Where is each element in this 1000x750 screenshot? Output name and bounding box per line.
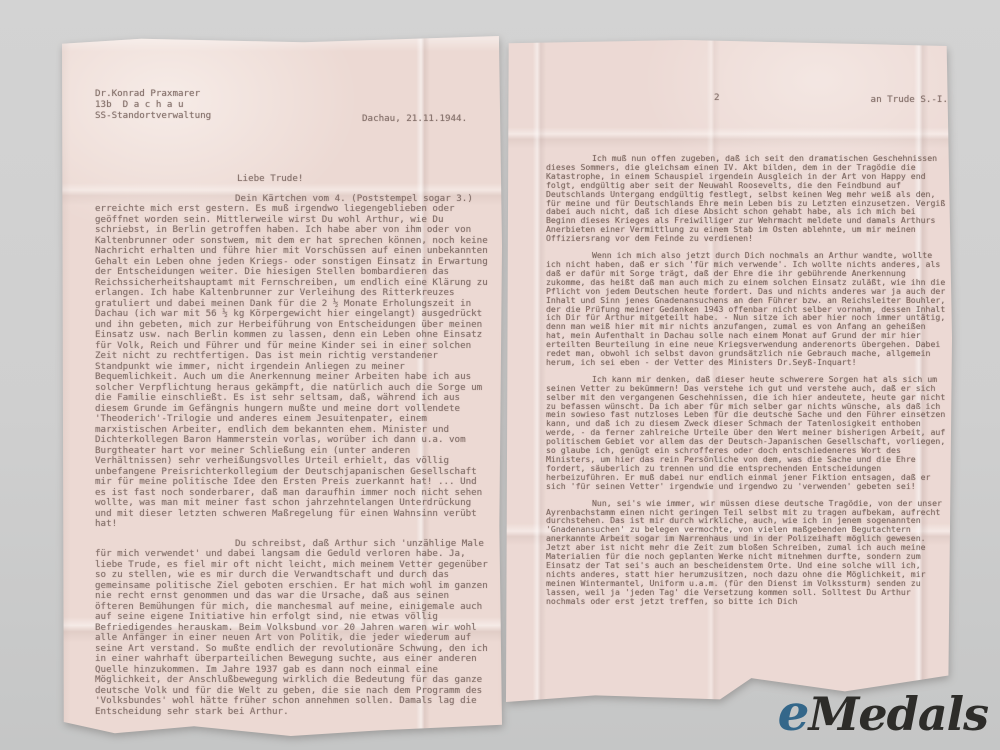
emedals-watermark: eMedals <box>778 690 988 737</box>
letter-page-1: Dr.Konrad Praxmarer 13b D a c h a u SS-S… <box>62 36 502 736</box>
recipient-note: an Trude S.-I. <box>871 94 948 105</box>
letter-paragraph: Ich muß nun offen zugeben, daß ich seit … <box>546 154 950 243</box>
letter-body-page-2: Ich muß nun offen zugeben, daß ich seit … <box>546 146 950 606</box>
letter-page-2: 2 an Trude S.-I. Ich muß nun offen zugeb… <box>506 40 952 702</box>
letter-paragraph: Du schreibst, daß Arthur sich 'unzählige… <box>95 539 493 718</box>
sender-name: Dr.Konrad Praxmarer <box>95 88 211 99</box>
salutation: Liebe Trude! <box>237 174 493 185</box>
letter-paragraph: Dein Kärtchen vom 4. (Poststempel sogar … <box>95 194 493 530</box>
sender-unit: SS-Standortverwaltung <box>95 110 211 121</box>
letter-paragraph: Ich kann mir denken, daß dieser heute sc… <box>546 375 950 491</box>
emedals-logo-e: e <box>778 683 809 742</box>
letter-paragraph: Nun, sei's wie immer, wir müssen diese d… <box>546 499 950 606</box>
sender-address-block: Dr.Konrad Praxmarer 13b D a c h a u SS-S… <box>95 88 211 121</box>
letter-paragraph: Wenn ich mich also jetzt durch Dich noch… <box>546 251 950 367</box>
emedals-logo-text: Medals <box>808 687 988 741</box>
dateline: Dachau, 21.11.1944. <box>362 113 467 124</box>
sender-city: 13b D a c h a u <box>95 99 211 110</box>
page-number: 2 <box>714 92 720 103</box>
photo-background: Dr.Konrad Praxmarer 13b D a c h a u SS-S… <box>0 0 1000 750</box>
letter-body-page-1: Liebe Trude! Dein Kärtchen vom 4. (Posts… <box>95 174 493 717</box>
